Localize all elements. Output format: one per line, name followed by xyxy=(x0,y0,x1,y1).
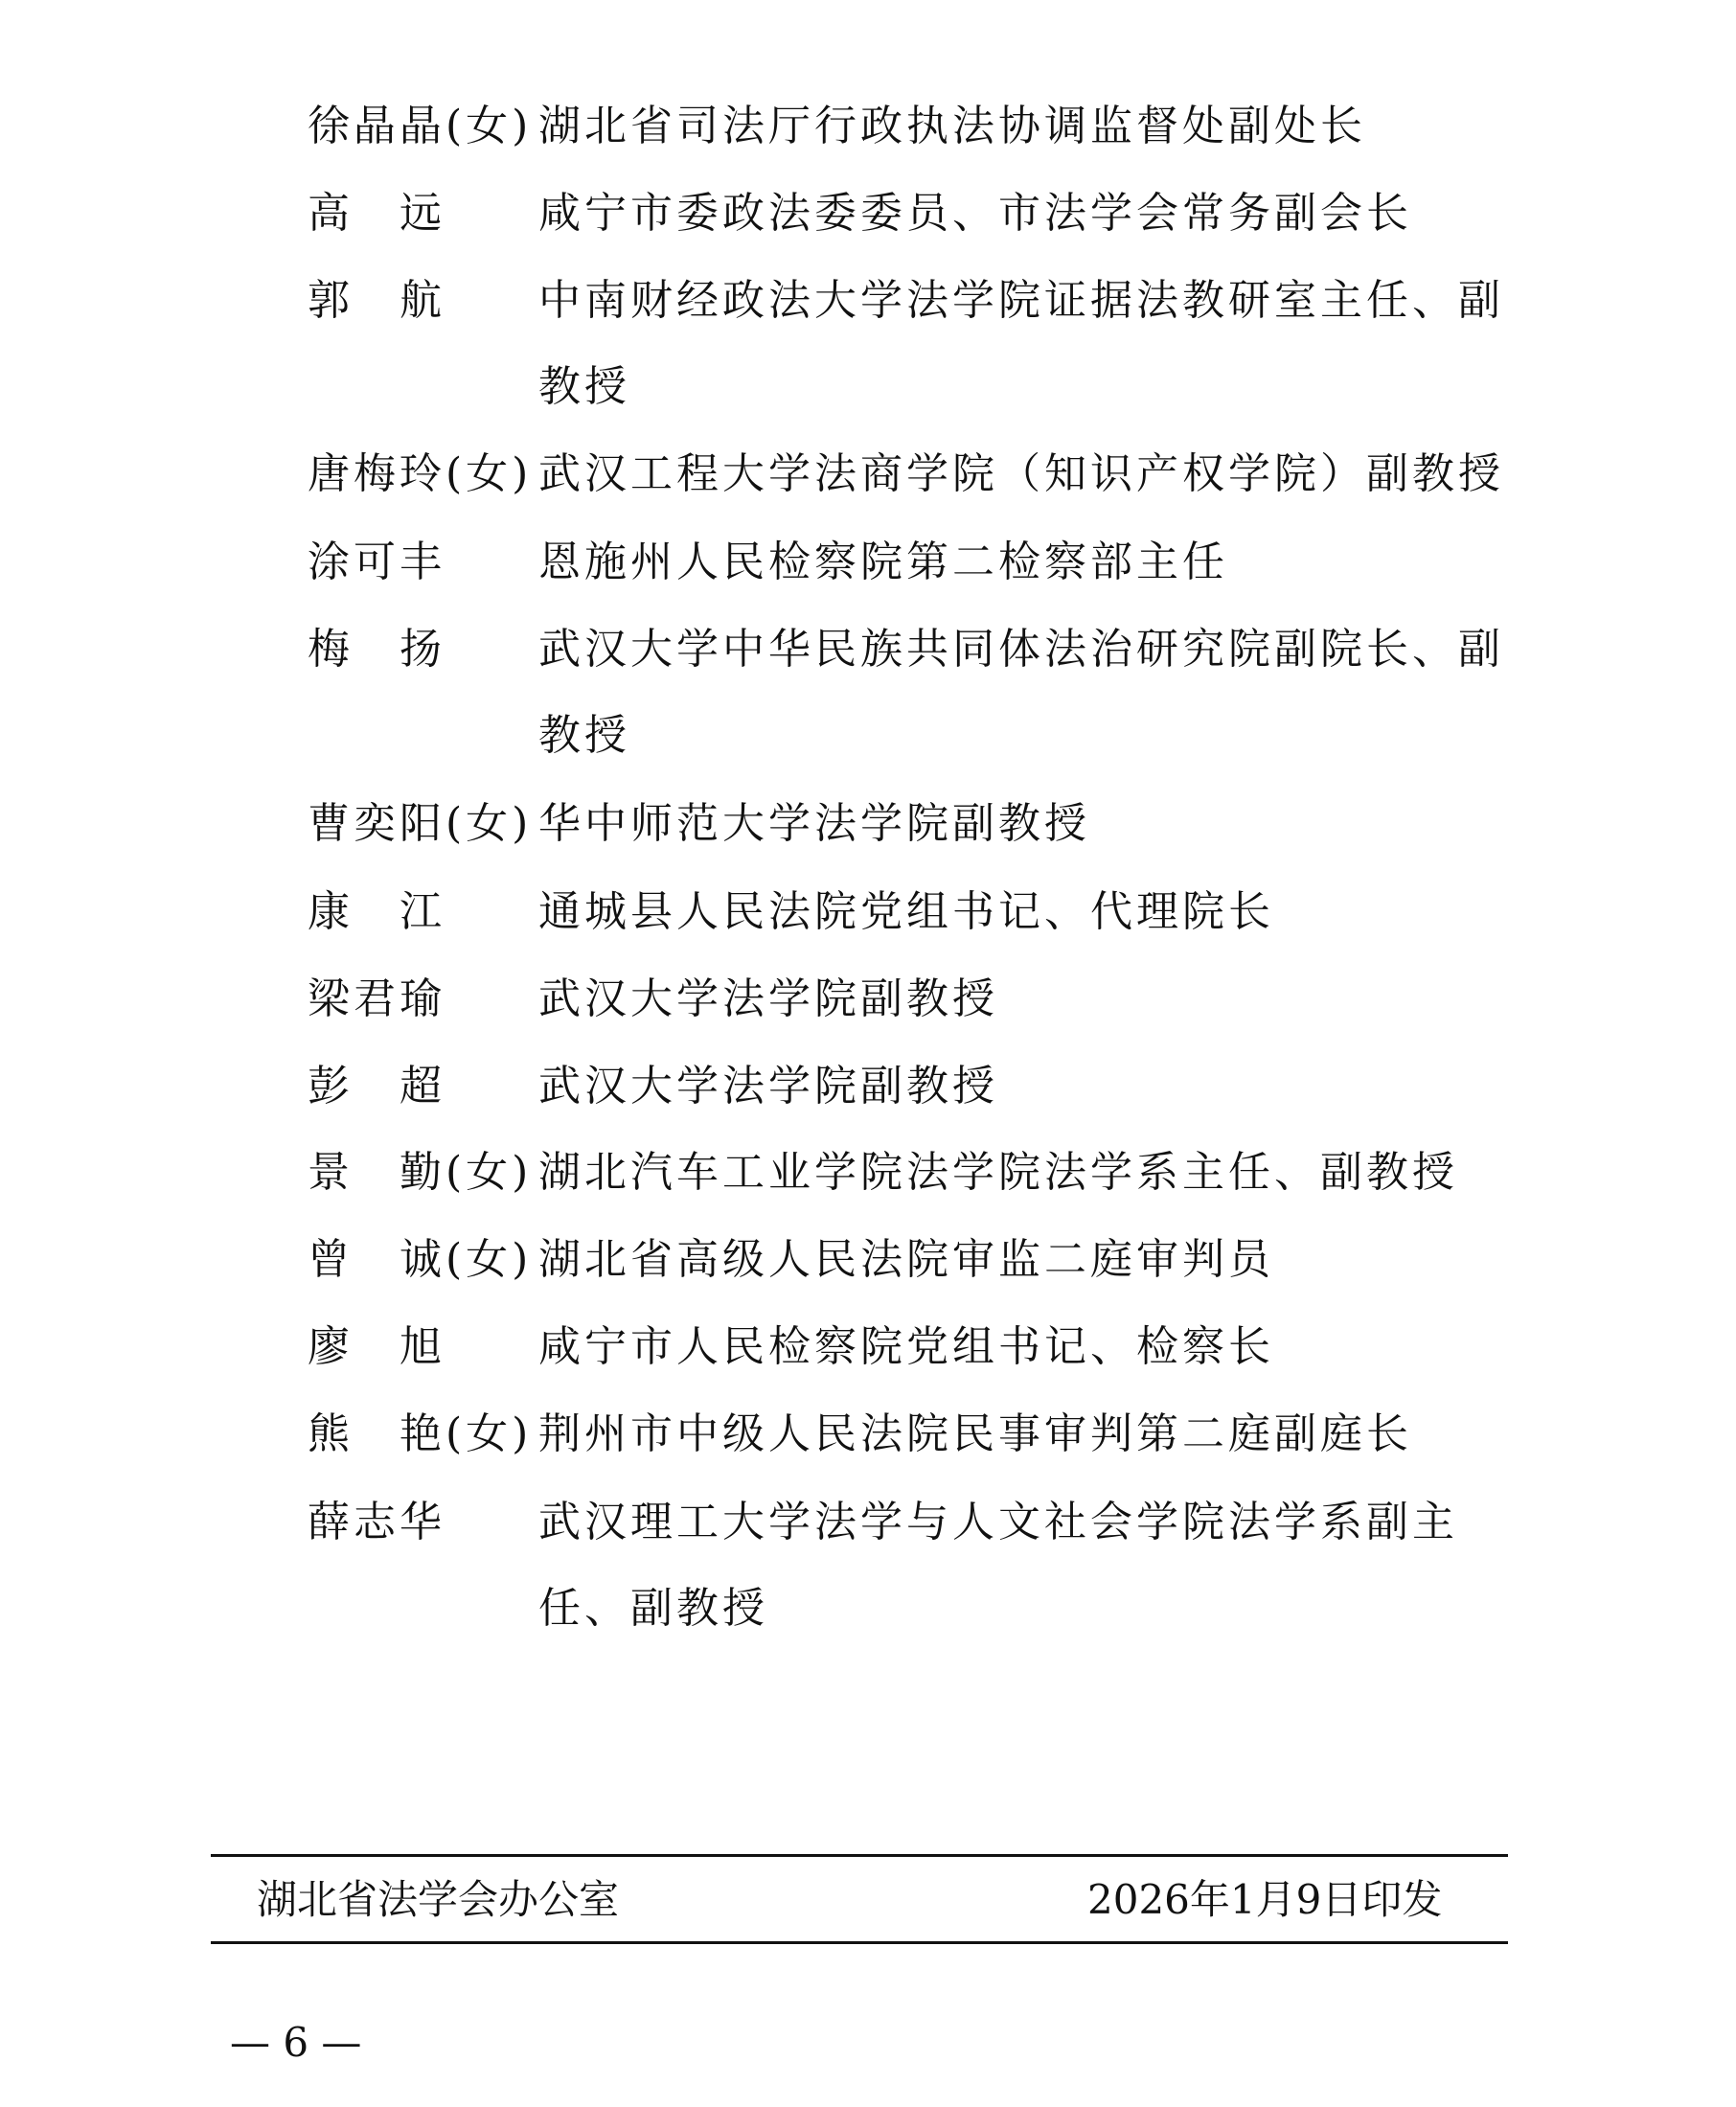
footer-issuer: 湖北省法学会办公室 xyxy=(257,1873,619,1927)
entry-title: 武汉大学法学院副教授 xyxy=(538,971,998,1028)
entry-name: 梁君瑜 xyxy=(308,971,445,1028)
entry-name: 徐晶晶(女) xyxy=(308,98,532,155)
entry-title: 湖北省司法厅行政执法协调监督处副处长 xyxy=(538,98,1366,155)
footer-date: 2026年1月9日印发 xyxy=(1087,1873,1442,1927)
entry-title: 湖北汽车工业学院法学院法学系主任、副教授 xyxy=(538,1144,1458,1202)
entry-name: 梅 扬 xyxy=(308,621,445,678)
entry-title: 中南财经政法大学法学院证据法教研室主任、副 xyxy=(538,272,1504,330)
entry-name: 薛志华 xyxy=(308,1494,445,1551)
entry-title-continuation: 任、副教授 xyxy=(538,1580,768,1638)
entry-name: 涂可丰 xyxy=(308,534,445,591)
entry-title: 荆州市中级人民法院民事审判第二庭副庭长 xyxy=(538,1406,1412,1463)
page-number: — 6 — xyxy=(230,2016,361,2070)
entry-title: 武汉理工大学法学与人文社会学院法学系副主 xyxy=(538,1494,1458,1551)
entry-title-continuation: 教授 xyxy=(538,358,630,416)
entry-title: 武汉工程大学法商学院（知识产权学院）副教授 xyxy=(538,446,1504,503)
entry-name: 熊 艳(女) xyxy=(308,1406,532,1463)
entry-title: 武汉大学中华民族共同体法治研究院副院长、副 xyxy=(538,621,1504,678)
entry-name: 彭 超 xyxy=(308,1058,445,1115)
entry-title: 通城县人民法院党组书记、代理院长 xyxy=(538,883,1274,941)
entry-name: 康 江 xyxy=(308,883,445,941)
entry-title: 华中师范大学法学院副教授 xyxy=(538,795,1090,853)
entry-title: 湖北省高级人民法院审监二庭审判员 xyxy=(538,1231,1274,1289)
entry-name: 高 远 xyxy=(308,185,445,242)
entry-title-continuation: 教授 xyxy=(538,707,630,765)
entry-title: 武汉大学法学院副教授 xyxy=(538,1058,998,1115)
footer-bottom-rule xyxy=(211,1941,1508,1944)
entry-name: 曹奕阳(女) xyxy=(308,795,532,853)
entry-title: 恩施州人民检察院第二检察部主任 xyxy=(538,534,1228,591)
entry-name: 曾 诚(女) xyxy=(308,1231,532,1289)
entry-name: 廖 旭 xyxy=(308,1318,445,1376)
footer-top-rule xyxy=(211,1854,1508,1857)
entry-name: 唐梅玲(女) xyxy=(308,446,532,503)
entry-title: 咸宁市委政法委委员、市法学会常务副会长 xyxy=(538,185,1412,242)
entry-name: 郭 航 xyxy=(308,272,445,330)
entry-title: 咸宁市人民检察院党组书记、检察长 xyxy=(538,1318,1274,1376)
entry-name: 景 勤(女) xyxy=(308,1144,532,1202)
